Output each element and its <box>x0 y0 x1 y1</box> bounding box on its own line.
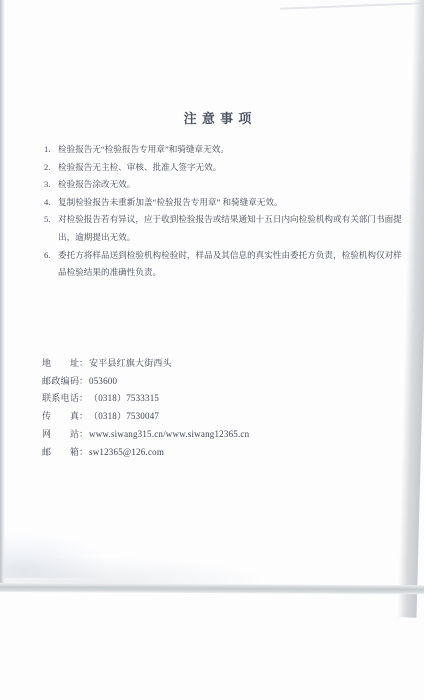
note-line: 出，逾期提出无效。 <box>58 229 392 247</box>
note-number: 4. <box>44 194 58 212</box>
note-line: 委托方将样品送到检验机构检验时，样品及其信息的真实性由委托方负责，检验机构仅对样 <box>58 247 392 265</box>
note-number: 3. <box>44 176 58 194</box>
contact-label: 传真 <box>42 408 79 426</box>
contact-value: 053600 <box>89 373 117 391</box>
contact-label: 联系电话 <box>42 390 79 408</box>
note-item: 4. 复制检验报告未重新加盖“检验报告专用章” 和骑缝章无效。 <box>44 194 392 212</box>
scanned-document: 注 意 事 项 1. 检验报告无“检验报告专用章”和骑缝章无效。 2. 检验报告… <box>0 0 424 700</box>
contact-colon: ： <box>79 355 89 373</box>
scan-crease <box>280 2 422 9</box>
note-number: 5. <box>44 211 58 246</box>
note-item: 6. 委托方将样品送到检验机构检验时，样品及其信息的真实性由委托方负责，检验机构… <box>44 247 392 282</box>
note-line: 检验报告涂改无效。 <box>58 176 392 194</box>
note-line: 对检验报告若有异议，应于收到检验报告或结果通知十五日内向检验机构或有关部门书面提 <box>58 211 392 229</box>
contact-row-postcode: 邮政编码 ： 053600 <box>42 373 249 391</box>
contact-value: （0318）7533315 <box>89 390 159 408</box>
contact-value: 安平县红旗大街西头 <box>89 355 172 373</box>
note-line: 品检验结果的准确性负责。 <box>58 264 392 282</box>
note-text: 检验报告无“检验报告专用章”和骑缝章无效。 <box>58 141 392 159</box>
contact-block: 地址 ： 安平县红旗大街西头 邮政编码 ： 053600 联系电话 ： （031… <box>42 355 249 461</box>
scan-edge-left <box>0 0 5 591</box>
page-title: 注 意 事 项 <box>0 108 424 127</box>
note-line: 检验报告无“检验报告专用章”和骑缝章无效。 <box>58 141 392 159</box>
contact-label: 邮箱 <box>42 444 79 462</box>
note-text: 复制检验报告未重新加盖“检验报告专用章” 和骑缝章无效。 <box>58 194 392 212</box>
contact-label: 邮政编码 <box>42 373 79 391</box>
note-line: 检验报告无主检、审核、批准人签字无效。 <box>58 159 392 177</box>
contact-colon: ： <box>79 373 89 391</box>
note-number: 6. <box>44 247 58 282</box>
contact-colon: ： <box>79 408 89 426</box>
contact-colon: ： <box>79 426 89 444</box>
note-item: 2. 检验报告无主检、审核、批准人签字无效。 <box>44 159 392 177</box>
scan-edge-right <box>397 0 424 618</box>
contact-row-fax: 传真 ： （0318）7530047 <box>42 408 249 426</box>
note-number: 1. <box>44 141 58 159</box>
contact-colon: ： <box>79 444 89 462</box>
notes-list: 1. 检验报告无“检验报告专用章”和骑缝章无效。 2. 检验报告无主检、审核、批… <box>44 141 392 282</box>
contact-value: sw12365@126.com <box>89 444 164 462</box>
note-number: 2. <box>44 159 58 177</box>
contact-label: 地址 <box>42 355 79 373</box>
note-line: 复制检验报告未重新加盖“检验报告专用章” 和骑缝章无效。 <box>58 194 392 212</box>
note-text: 检验报告涂改无效。 <box>58 176 392 194</box>
scan-haze <box>0 558 260 584</box>
contact-row-address: 地址 ： 安平县红旗大街西头 <box>42 355 249 373</box>
note-item: 1. 检验报告无“检验报告专用章”和骑缝章无效。 <box>44 141 392 159</box>
note-item: 5. 对检验报告若有异议，应于收到检验报告或结果通知十五日内向检验机构或有关部门… <box>44 211 392 246</box>
note-text: 对检验报告若有异议，应于收到检验报告或结果通知十五日内向检验机构或有关部门书面提… <box>58 211 392 246</box>
contact-colon: ： <box>79 390 89 408</box>
contact-label: 网站 <box>42 426 79 444</box>
note-item: 3. 检验报告涂改无效。 <box>44 176 392 194</box>
contact-row-website: 网站 ： www.siwang315.cn/www.siwang12365.cn <box>42 426 249 444</box>
scan-edge-bottom <box>0 583 424 594</box>
note-text: 检验报告无主检、审核、批准人签字无效。 <box>58 159 392 177</box>
contact-value: www.siwang315.cn/www.siwang12365.cn <box>89 426 249 444</box>
contact-row-email: 邮箱 ： sw12365@126.com <box>42 444 249 462</box>
note-text: 委托方将样品送到检验机构检验时，样品及其信息的真实性由委托方负责，检验机构仅对样… <box>58 247 392 282</box>
contact-value: （0318）7530047 <box>89 408 159 426</box>
contact-row-phone: 联系电话 ： （0318）7533315 <box>42 390 249 408</box>
